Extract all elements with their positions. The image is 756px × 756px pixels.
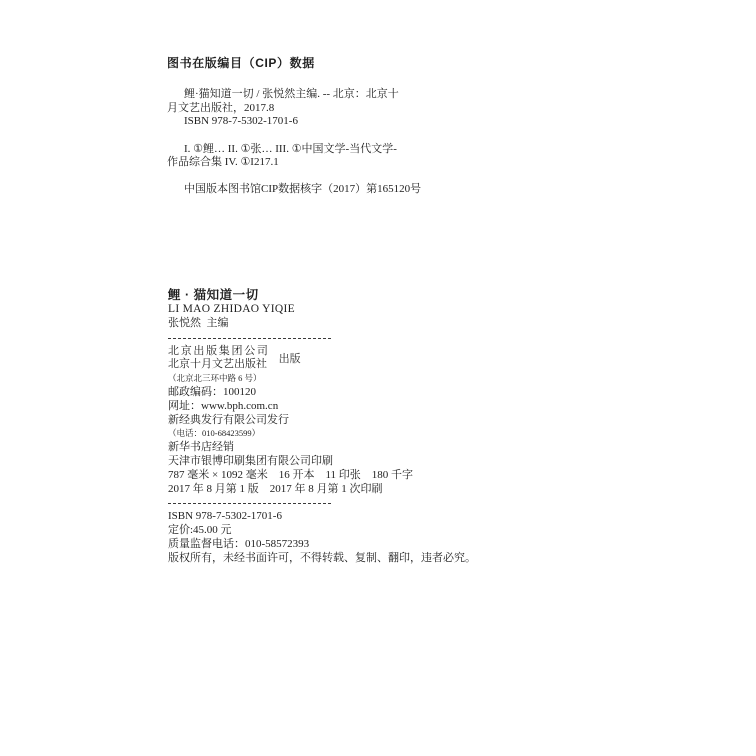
book-title: 鲤 · 猫知道一切 xyxy=(168,287,608,303)
editor-line: 张悦然 主编 xyxy=(168,317,608,331)
colophon-section: 鲤 · 猫知道一切 LI MAO ZHIDAO YIQIE 张悦然 主编 北京出… xyxy=(168,287,608,566)
format-line: 787 毫米 × 1092 毫米 16 开本 11 印张 180 千字 xyxy=(168,469,608,483)
copyright-page: 图书在版编目（CIP）数据 鲤·猫知道一切 / 张悦然主编. -- 北京：北京十… xyxy=(0,0,756,756)
cip-classification-line-2: 作品综合集 IV. ①I217.1 xyxy=(167,156,477,170)
publisher-names: 北京出版集团公司 北京十月文艺出版社 xyxy=(168,345,270,373)
distributor-line: 新经典发行有限公司发行 xyxy=(168,414,608,428)
publisher-group: 北京出版集团公司 xyxy=(168,345,270,359)
cip-entry-line-2: 月文艺出版社，2017.8 xyxy=(167,102,477,116)
isbn-line: ISBN 978-7-5302-1701-6 xyxy=(168,510,608,524)
cip-section: 图书在版编目（CIP）数据 鲤·猫知道一切 / 张悦然主编. -- 北京：北京十… xyxy=(167,56,477,197)
cip-classification-line-1: I. ①鲤… II. ①张… III. ①中国文学-当代文学- xyxy=(167,143,477,157)
publish-label: 出版 xyxy=(279,350,301,366)
dashed-divider-top xyxy=(168,338,331,339)
cip-header: 图书在版编目（CIP）数据 xyxy=(167,56,477,71)
quality-phone-line: 质量监督电话：010-58572393 xyxy=(168,538,608,552)
edition-line: 2017 年 8 月第 1 版 2017 年 8 月第 1 次印刷 xyxy=(168,483,608,497)
cip-entry-line-1: 鲤·猫知道一切 / 张悦然主编. -- 北京：北京十 xyxy=(167,88,477,102)
book-title-pinyin: LI MAO ZHIDAO YIQIE xyxy=(168,303,608,317)
publisher-address: （北京北三环中路 6 号） xyxy=(168,372,608,386)
website-line: 网址：www.bph.com.cn xyxy=(168,400,608,414)
postcode-line: 邮政编码：100120 xyxy=(168,386,608,400)
printer-line: 天津市银博印刷集团有限公司印刷 xyxy=(168,455,608,469)
publisher-house: 北京十月文艺出版社 xyxy=(168,358,270,372)
cip-isbn-line: ISBN 978-7-5302-1701-6 xyxy=(167,115,477,129)
price-line: 定价:45.00 元 xyxy=(168,524,608,538)
publisher-row: 北京出版集团公司 北京十月文艺出版社 出版 xyxy=(168,345,608,373)
dashed-divider-bottom xyxy=(168,503,331,504)
retailer-line: 新华书店经销 xyxy=(168,441,608,455)
copyright-notice: 版权所有，未经书面许可，不得转载、复制、翻印，违者必究。 xyxy=(168,552,608,566)
distributor-phone: （电话：010-68423599） xyxy=(168,427,608,441)
cip-registry-line: 中国版本图书馆CIP数据核字（2017）第165120号 xyxy=(167,183,477,197)
